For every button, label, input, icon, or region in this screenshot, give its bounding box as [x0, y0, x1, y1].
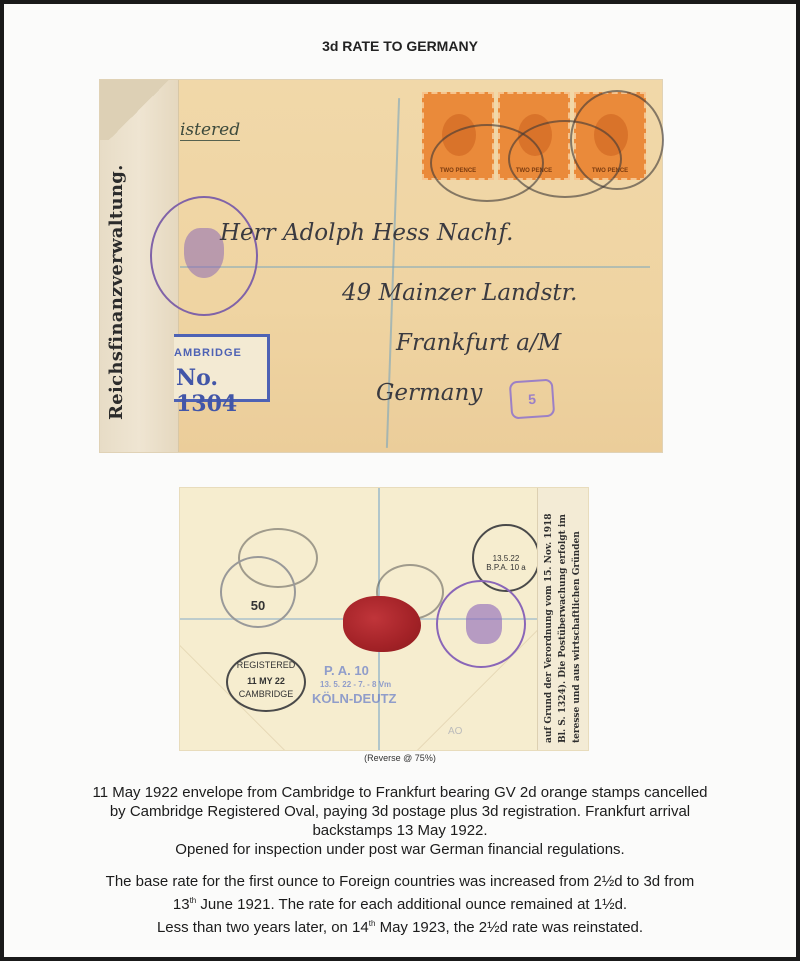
eagle-icon [466, 604, 502, 644]
number-mark: 50 [220, 556, 296, 628]
censor-label-text: Reichsfinanzverwaltung. [106, 180, 127, 420]
koln-deutz-mark: P. A. 10 13. 5. 22 - 7. - 8 Vm KÖLN-DEUT… [312, 664, 397, 706]
reverse-caption: (Reverse @ 75%) [0, 753, 800, 763]
street-address: 49 Mainzer Landstr. [342, 280, 577, 306]
description-paragraph-1: 11 May 1922 envelope from Cambridge to F… [40, 783, 760, 859]
registered-manuscript: istered [180, 120, 240, 141]
censor-handstamp [436, 580, 526, 668]
label-fold [100, 80, 178, 140]
reverse-envelope: 50 REGISTERED 11 MY 22 CAMBRIDGE 13.5.22… [180, 488, 588, 750]
country: Germany [376, 380, 482, 406]
page-title: 3d RATE TO GERMANY [0, 38, 800, 54]
registered-oval-cancel [570, 90, 664, 190]
front-envelope: Reichsfinanzverwaltung. istered TWO PENC… [100, 80, 662, 452]
censor-handstamp [150, 196, 258, 316]
addressee: Herr Adolph Hess Nachf. [220, 220, 513, 246]
registered-oval-cambridge: REGISTERED 11 MY 22 CAMBRIDGE [226, 652, 306, 712]
pencil-note: AO [448, 726, 462, 737]
description-paragraph-2: The base rate for the first ounce to For… [40, 872, 760, 937]
registration-label: AMBRIDGE No. 1304 [174, 334, 270, 402]
boxed-numeral: 5 [509, 379, 556, 420]
wax-seal [343, 596, 421, 652]
eagle-icon [184, 228, 224, 278]
city: Frankfurt a/M [396, 330, 561, 356]
censor-label-text: auf Grund der Verordnung vom 15. Nov. 19… [542, 493, 584, 743]
